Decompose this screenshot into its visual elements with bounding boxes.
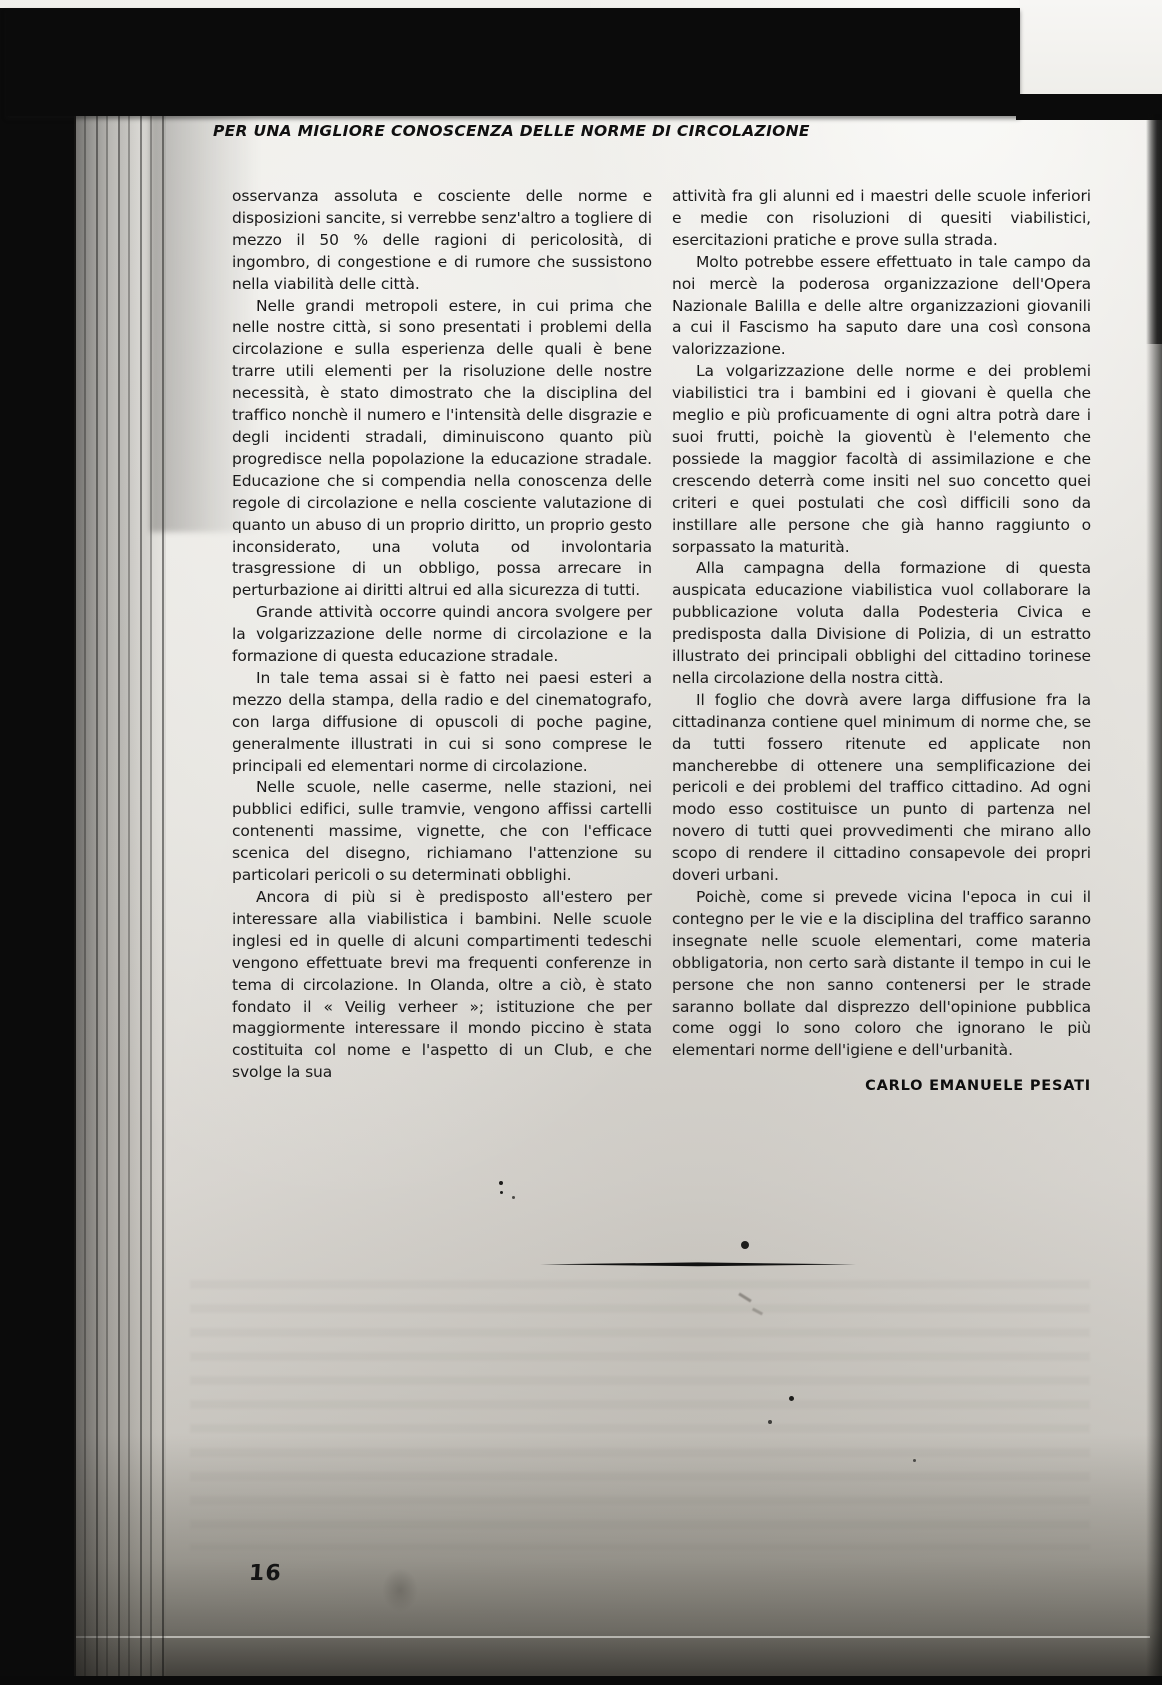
- ink-speck: [789, 1396, 794, 1401]
- bottom-black-edge: [0, 1676, 1162, 1685]
- paragraph: Alla campagna della formazione di questa…: [672, 558, 1091, 689]
- ink-speck: [512, 1196, 515, 1199]
- author-byline: CARLO EMANUELE PESATI: [672, 1076, 1091, 1098]
- paper-smudge: [382, 1568, 418, 1612]
- paragraph: Molto potrebbe essere effettuato in tale…: [672, 252, 1091, 362]
- paragraph: Il foglio che dovrà avere larga diffusio…: [672, 690, 1091, 887]
- article-left-column: osservanza assoluta e cosciente delle no…: [232, 186, 652, 1084]
- bottom-scan-shadow: [0, 1435, 1162, 1685]
- ink-speck: [741, 1241, 749, 1249]
- paragraph: Ancora di più si è predisposto all'ester…: [232, 887, 652, 1084]
- ink-speck: [913, 1459, 916, 1462]
- right-edge-shadow-top: [1146, 114, 1162, 344]
- paragraph: Grande attività occorre quindi ancora sv…: [232, 602, 652, 668]
- paragraph: Poichè, come si prevede vicina l'epoca i…: [672, 887, 1091, 1062]
- divider-rule: [540, 1262, 856, 1267]
- page-title: PER UNA MIGLIORE CONOSCENZA DELLE NORME …: [213, 122, 913, 140]
- paragraph: Nelle scuole, nelle caserme, nelle stazi…: [232, 777, 652, 887]
- paragraph: Nelle grandi metropoli estere, in cui pr…: [232, 296, 652, 603]
- scan-top-border-step: [1016, 94, 1162, 120]
- page-number: 16: [248, 1561, 282, 1586]
- bottom-edge-highlight: [60, 1636, 1150, 1638]
- ink-speck: [499, 1181, 503, 1185]
- paragraph: osservanza assoluta e cosciente delle no…: [232, 186, 652, 296]
- paragraph: In tale tema assai si è fatto nei paesi …: [232, 668, 652, 778]
- ink-speck: [768, 1420, 772, 1424]
- scanned-page: PER UNA MIGLIORE CONOSCENZA DELLE NORME …: [0, 0, 1162, 1685]
- scan-corner-notch: [1019, 0, 1162, 96]
- article-right-column: attività fra gli alunni ed i maestri del…: [672, 186, 1091, 1098]
- paragraph: attività fra gli alunni ed i maestri del…: [672, 186, 1091, 252]
- paragraph: La volgarizzazione delle norme e dei pro…: [672, 361, 1091, 558]
- book-gutter-black-edge: [0, 8, 76, 1685]
- ink-speck: [500, 1191, 503, 1194]
- scan-top-border: [6, 8, 1020, 116]
- right-edge-shadow: [1146, 114, 1162, 1685]
